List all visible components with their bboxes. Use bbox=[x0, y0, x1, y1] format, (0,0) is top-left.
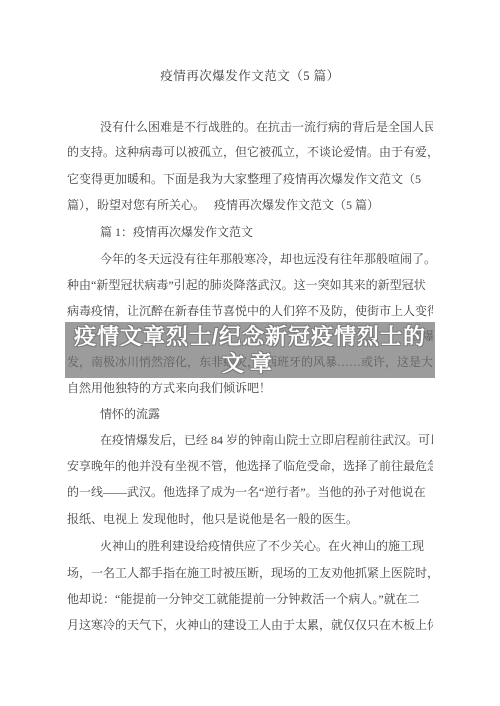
watermark-title-line1: 疫情文章烈士/纪念新冠疫情烈士的 bbox=[74, 323, 426, 350]
text-line: 报纸、电视上 发现他时，他只是说他是名一般的医生。 bbox=[67, 511, 433, 528]
watermark-title-line2: 文章 bbox=[222, 350, 278, 377]
document-page: 疫情再次爆发作文范文（5 篇） 没有什么困难是不行战胜的。在抗击一流行病的背后是… bbox=[0, 0, 500, 706]
text-line: 篇），盼望对您有所关心。 疫情再次爆发作文范文（5 篇） bbox=[67, 197, 433, 214]
text-line: 种由“新型冠状病毒”引起的肺炎降落武汉。这一突如其来的新型冠状 bbox=[67, 277, 433, 294]
watermark-title: 疫情文章烈士/纪念新冠疫情烈士的 文章 bbox=[65, 322, 435, 378]
text-line: 安享晚年的他并没有坐视不管，他选择了临危受命，选择了前往最危急 bbox=[67, 458, 433, 475]
text-line: 的一线——武汉。他选择了成为一名“逆行者”。当他的孙子对他说在 bbox=[67, 484, 433, 501]
text-line: 场，一名工人都手指在施工时被压断，现场的工友劝他抓紧上医院时， bbox=[67, 565, 433, 582]
text-line: 自然用他独特的方式来向我们倾诉吧！ bbox=[67, 380, 433, 397]
text-line: 病毒疫情，让沉醉在新春佳节喜悦中的人们猝不及防，使街市上人变得 bbox=[67, 303, 433, 320]
section-heading: 篇 1：疫情再次爆发作文范文 bbox=[67, 224, 433, 241]
section-heading: 情怀的流露 bbox=[67, 406, 433, 423]
text-line: 今年的冬天远没有往年那般寒冷，却也远没有往年那般喧闹了。一 bbox=[67, 251, 433, 268]
text-line: 的支持。这种病毒可以被孤立，但它被孤立，不谈论爱情。由于有爱， bbox=[67, 144, 433, 161]
text-line: 他却说：“能提前一分钟交工就能提前一分钟救活一个病人。”就在二 bbox=[67, 591, 433, 608]
text-line: 火神山的胜利建设给疫情供应了不少关心。在火神山的施工现 bbox=[67, 538, 433, 555]
text-line: 没有什么困难是不行战胜的。在抗击一流行病的背后是全国人民 bbox=[67, 119, 433, 136]
text-line: 月这寒冷的天气下，火神山的建设工人由于太累，就仅仅只在木板上休 bbox=[67, 617, 433, 634]
text-line: 它变得更加暖和。下面是我为大家整理了疫情再次爆发作文范文（5 bbox=[67, 171, 433, 188]
document-title: 疫情再次爆发作文范文（5 篇） bbox=[0, 66, 500, 84]
text-line: 在疫情爆发后，已经 84 岁的钟南山院士立即启程前往武汉。可以 bbox=[67, 432, 433, 449]
